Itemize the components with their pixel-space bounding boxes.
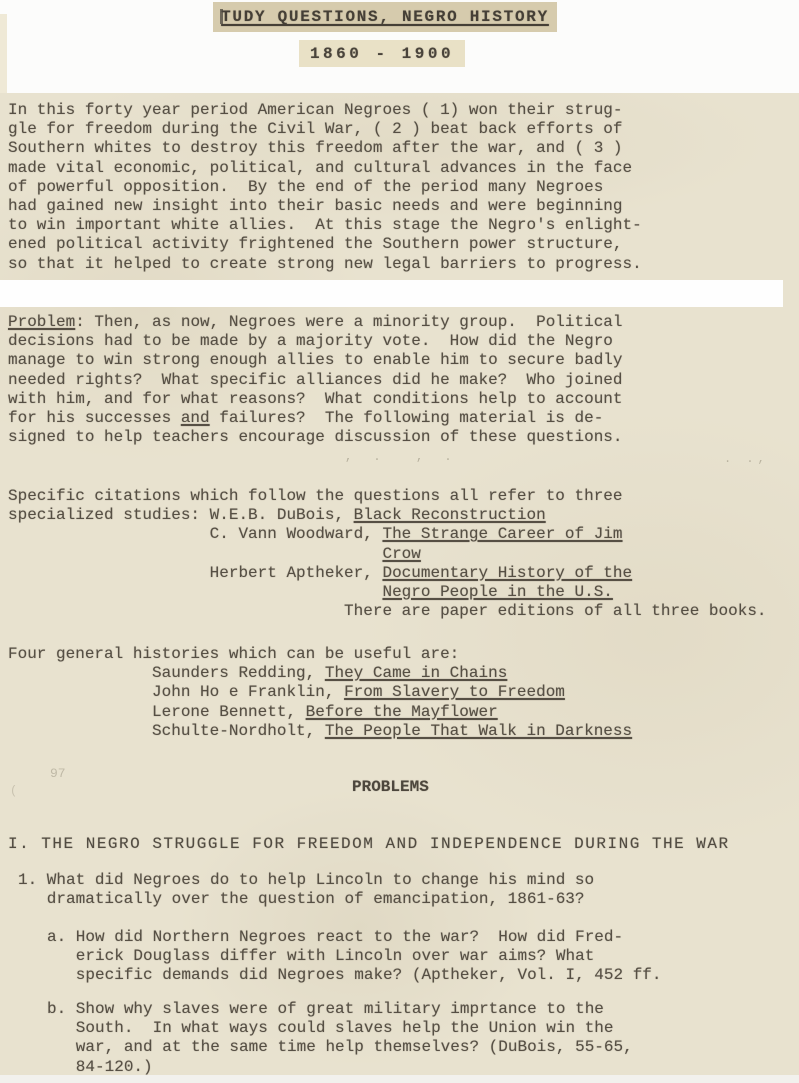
problems-heading: PROBLEMS: [352, 778, 429, 796]
whited-out-strip: [0, 280, 783, 307]
scan-left-edge: [0, 14, 7, 93]
pencil-smudge-4: (: [10, 784, 17, 798]
document-subtitle: 1860 - 1900: [310, 45, 454, 63]
document-title: TUDY QUESTIONS, NEGRO HISTORY: [221, 8, 549, 26]
question-1: 1. What did Negroes do to help Lincoln t…: [18, 871, 594, 909]
pencil-smudge-3: 97: [50, 766, 66, 781]
general-histories-paragraph: Four general histories which can be usef…: [8, 645, 632, 741]
pencil-smudge-2: . .,: [724, 452, 769, 466]
problem-paragraph: Problem: Then, as now, Negroes were a mi…: [8, 313, 623, 447]
section-1-heading: I. THE NEGRO STRUGGLE FOR FREEDOM AND IN…: [8, 835, 730, 854]
question-1a: a. How did Northern Negroes react to the…: [47, 928, 662, 986]
question-1b: b. Show why slaves were of great militar…: [47, 1000, 633, 1077]
title-highlight-box: TUDY QUESTIONS, NEGRO HISTORY: [213, 2, 557, 32]
pencil-smudge-1: , . , .: [345, 450, 459, 464]
scanned-document-page: TUDY QUESTIONS, NEGRO HISTORY 1860 - 190…: [0, 0, 799, 1083]
citations-paragraph: Specific citations which follow the ques…: [8, 487, 767, 621]
cut-letter-mark: [220, 9, 223, 24]
subtitle-highlight-box: 1860 - 1900: [299, 40, 465, 67]
intro-paragraph: In this forty year period American Negro…: [8, 101, 642, 274]
